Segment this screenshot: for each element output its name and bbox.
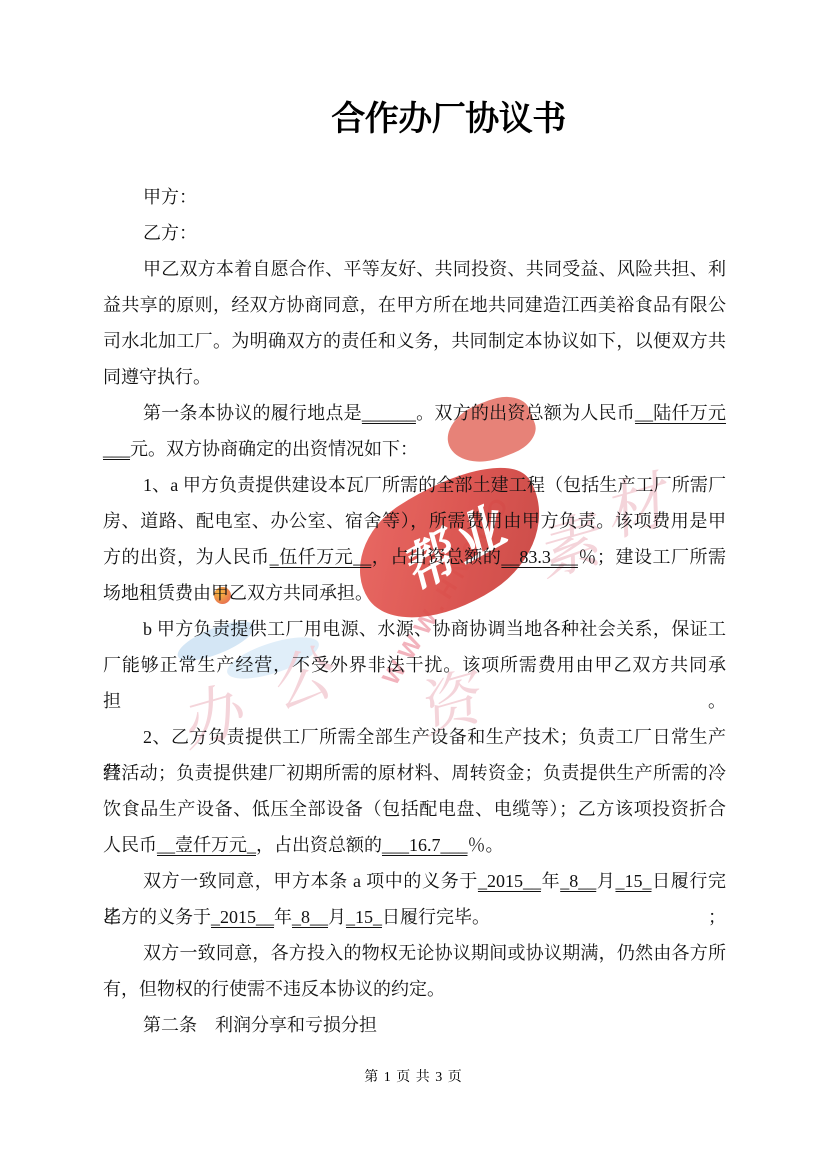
document-line: 益共享的原则，经双方协商同意，在甲方所在地共同建造江西美裕食品有限公	[103, 287, 726, 323]
document-line: 房、道路、配电室、办公室、宿舍等），所需费用由甲方负责。该项费用是甲	[103, 503, 726, 539]
document-line: 第二条 利润分享和亏损分担	[103, 1007, 726, 1043]
document-page: WWW.HN2OO 帮业 办公资素材 合作办厂协议书 甲方：乙方：甲乙双方本着自…	[0, 0, 827, 1169]
document-line: 甲乙双方本着自愿合作、平等友好、共同投资、共同受益、风险共担、利	[103, 251, 726, 287]
document-line: 有，但物权的行使需不违反本协议的约定。	[103, 971, 726, 1007]
document-line: 人民币__壹仟万元_，占出资总额的___16.7___％。	[103, 827, 726, 863]
page-number-footer: 第 1 页 共 3 页	[0, 1066, 827, 1086]
document-line: 场地租赁费由甲乙双方共同承担。	[103, 575, 726, 611]
document-line: 厂能够正常生产经营，不受外界非法干扰。该项所需费用由甲乙双方共同承担。	[103, 647, 726, 683]
document-line: 方的出资，为人民币_伍仟万元__，占出资总额的__83.3___％；建设工厂所需	[103, 539, 726, 575]
document-line: 甲方：	[103, 179, 726, 215]
document-line: 1、a 甲方负责提供建设本瓦厂所需的全部土建工程（包括生产工厂所需厂	[103, 467, 726, 503]
document-line: b 甲方负责提供工厂用电源、水源、协商协调当地各种社会关系，保证工	[103, 611, 726, 647]
document-line: 饮食品生产设备、低压全部设备（包括配电盘、电缆等）；乙方该项投资折合	[103, 791, 726, 827]
document-line: 司水北加工厂。为明确双方的责任和义务，共同制定本协议如下，以便双方共	[103, 323, 726, 359]
document-line: 第一条本协议的履行地点是______。双方的出资总额为人民币__陆仟万元	[103, 395, 726, 431]
document-line: 同遵守执行。	[103, 359, 726, 395]
document-line: 2、乙方负责提供工厂所需全部生产设备和生产技术；负责工厂日常生产经	[103, 719, 726, 755]
document-line: 双方一致同意，各方投入的物权无论协议期间或协议期满，仍然由各方所	[103, 935, 726, 971]
document-body: 甲方：乙方：甲乙双方本着自愿合作、平等友好、共同投资、共同受益、风险共担、利益共…	[103, 179, 726, 1043]
document-line: 双方一致同意，甲方本条 a 项中的义务于_2015__年_8__月_15_日履行…	[103, 863, 726, 899]
document-line: 乙方：	[103, 215, 726, 251]
document-line: ___元。双方协商确定的出资情况如下：	[103, 431, 726, 467]
document-line: 营活动；负责提供建厂初期所需的原材料、周转资金；负责提供生产所需的冷	[103, 755, 726, 791]
document-title: 合作办厂协议书	[70, 99, 827, 139]
